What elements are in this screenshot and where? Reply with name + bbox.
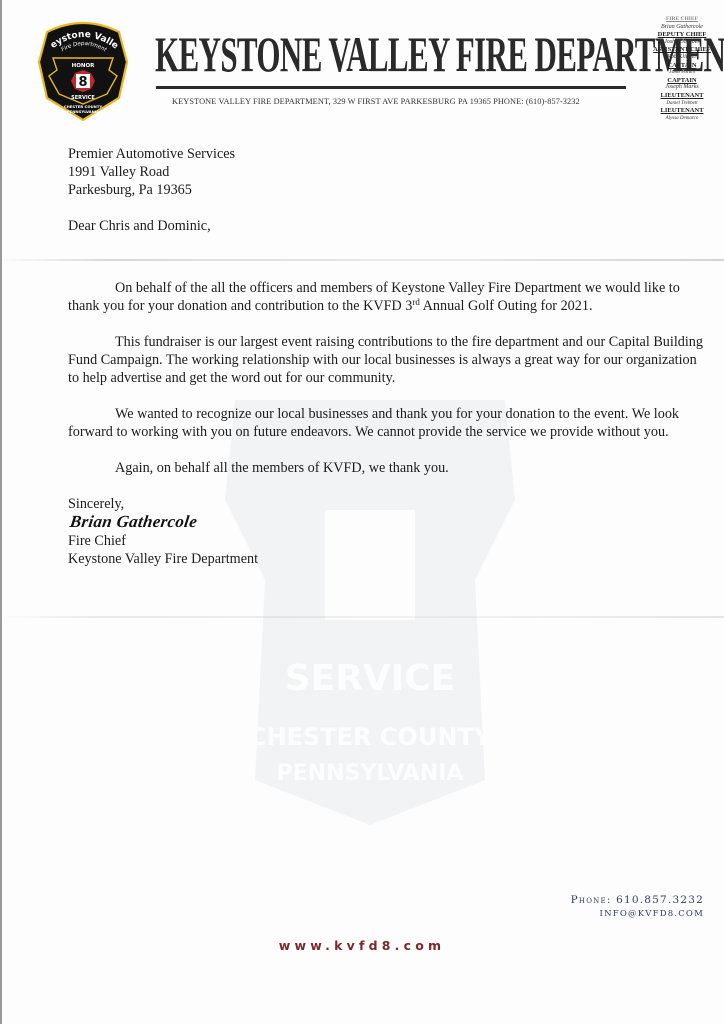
svg-text:PENNSYLVANIA: PENNSYLVANIA: [277, 761, 464, 786]
recipient-street: 1991 Valley Road: [68, 163, 708, 181]
footer-website[interactable]: www.kvfd8.com: [0, 938, 724, 953]
officer-rank: DEPUTY CHIEF: [640, 31, 724, 39]
paragraph-3: We wanted to recognize our local busines…: [68, 405, 708, 441]
fire-department-badge-icon: Keystone Valley Fire Department HONOR 8 …: [37, 18, 129, 122]
salutation: Dear Chris and Dominic,: [68, 217, 708, 235]
officer-name: Rob Klinger: [640, 54, 724, 62]
officer-rank: CAPTAIN: [640, 77, 724, 85]
closing: Sincerely,: [68, 495, 708, 513]
paper-fold-line: [0, 616, 724, 618]
svg-text:SERVICE: SERVICE: [285, 658, 456, 699]
letter-body: Premier Automotive Services 1991 Valley …: [68, 145, 708, 568]
ordinal-suffix: rd: [412, 297, 420, 307]
officer-name: Daniel Trebbett: [640, 100, 724, 108]
officer-name: Josh Jones: [640, 69, 724, 77]
officer-rank: LIEUTENANT: [640, 92, 724, 100]
officer-rank: LIEUTENANT: [640, 107, 724, 115]
officer-rank: CAPTAIN: [640, 62, 724, 70]
phone-number: 610.857.3232: [616, 894, 704, 906]
footer-phone: Phone: 610.857.3232: [571, 892, 704, 908]
svg-text:SERVICE: SERVICE: [71, 95, 95, 101]
page-edge: [0, 0, 2, 1024]
svg-text:8: 8: [78, 75, 87, 90]
officers-list: FIRE CHIEF Brian Gathercole DEPUTY CHIEF…: [640, 16, 724, 122]
officer-name: Joseph Marks: [640, 84, 724, 92]
recipient-address: Premier Automotive Services 1991 Valley …: [68, 145, 708, 199]
department-title: KEYSTONE VALLEY FIRE DEPARTMENT: [155, 27, 448, 82]
recipient-name: Premier Automotive Services: [68, 145, 708, 163]
svg-text:PENNSYLVANIA: PENNSYLVANIA: [67, 109, 99, 114]
title-underline: [156, 86, 626, 89]
officer-rank: ASSISTANT CHIEF: [640, 46, 724, 54]
recipient-city: Parkesburg, Pa 19365: [68, 181, 708, 199]
paragraph-1-tail: Annual Golf Outing for 2021.: [420, 298, 593, 314]
officer-name: Alyssa Demarco: [640, 115, 724, 123]
department-address: KEYSTONE VALLEY FIRE DEPARTMENT, 329 W F…: [172, 97, 580, 106]
letter-page: SERVICE CHESTER COUNTY PENNSYLVANIA Keys…: [0, 0, 724, 1024]
footer-email[interactable]: info@kvfd8.com: [571, 908, 704, 921]
svg-text:CHESTER COUNTY: CHESTER COUNTY: [249, 723, 492, 751]
officer-rank: FIRE CHIEF: [640, 16, 724, 24]
signature: Brian Gathercole: [69, 513, 199, 531]
phone-label: Phone:: [571, 894, 612, 906]
paragraph-1: On behalf of the all the officers and me…: [68, 279, 708, 315]
paragraph-4: Again, on behalf all the members of KVFD…: [68, 459, 708, 477]
signer-organization: Keystone Valley Fire Department: [68, 550, 708, 568]
footer-contact: Phone: 610.857.3232 info@kvfd8.com: [571, 892, 704, 921]
svg-text:HONOR: HONOR: [72, 63, 96, 69]
officer-name: Brian Gathercole: [640, 24, 724, 32]
paragraph-2: This fundraiser is our largest event rai…: [68, 333, 708, 387]
officer-name: Josh Schreiber: [640, 39, 724, 47]
signer-title: Fire Chief: [68, 532, 708, 550]
